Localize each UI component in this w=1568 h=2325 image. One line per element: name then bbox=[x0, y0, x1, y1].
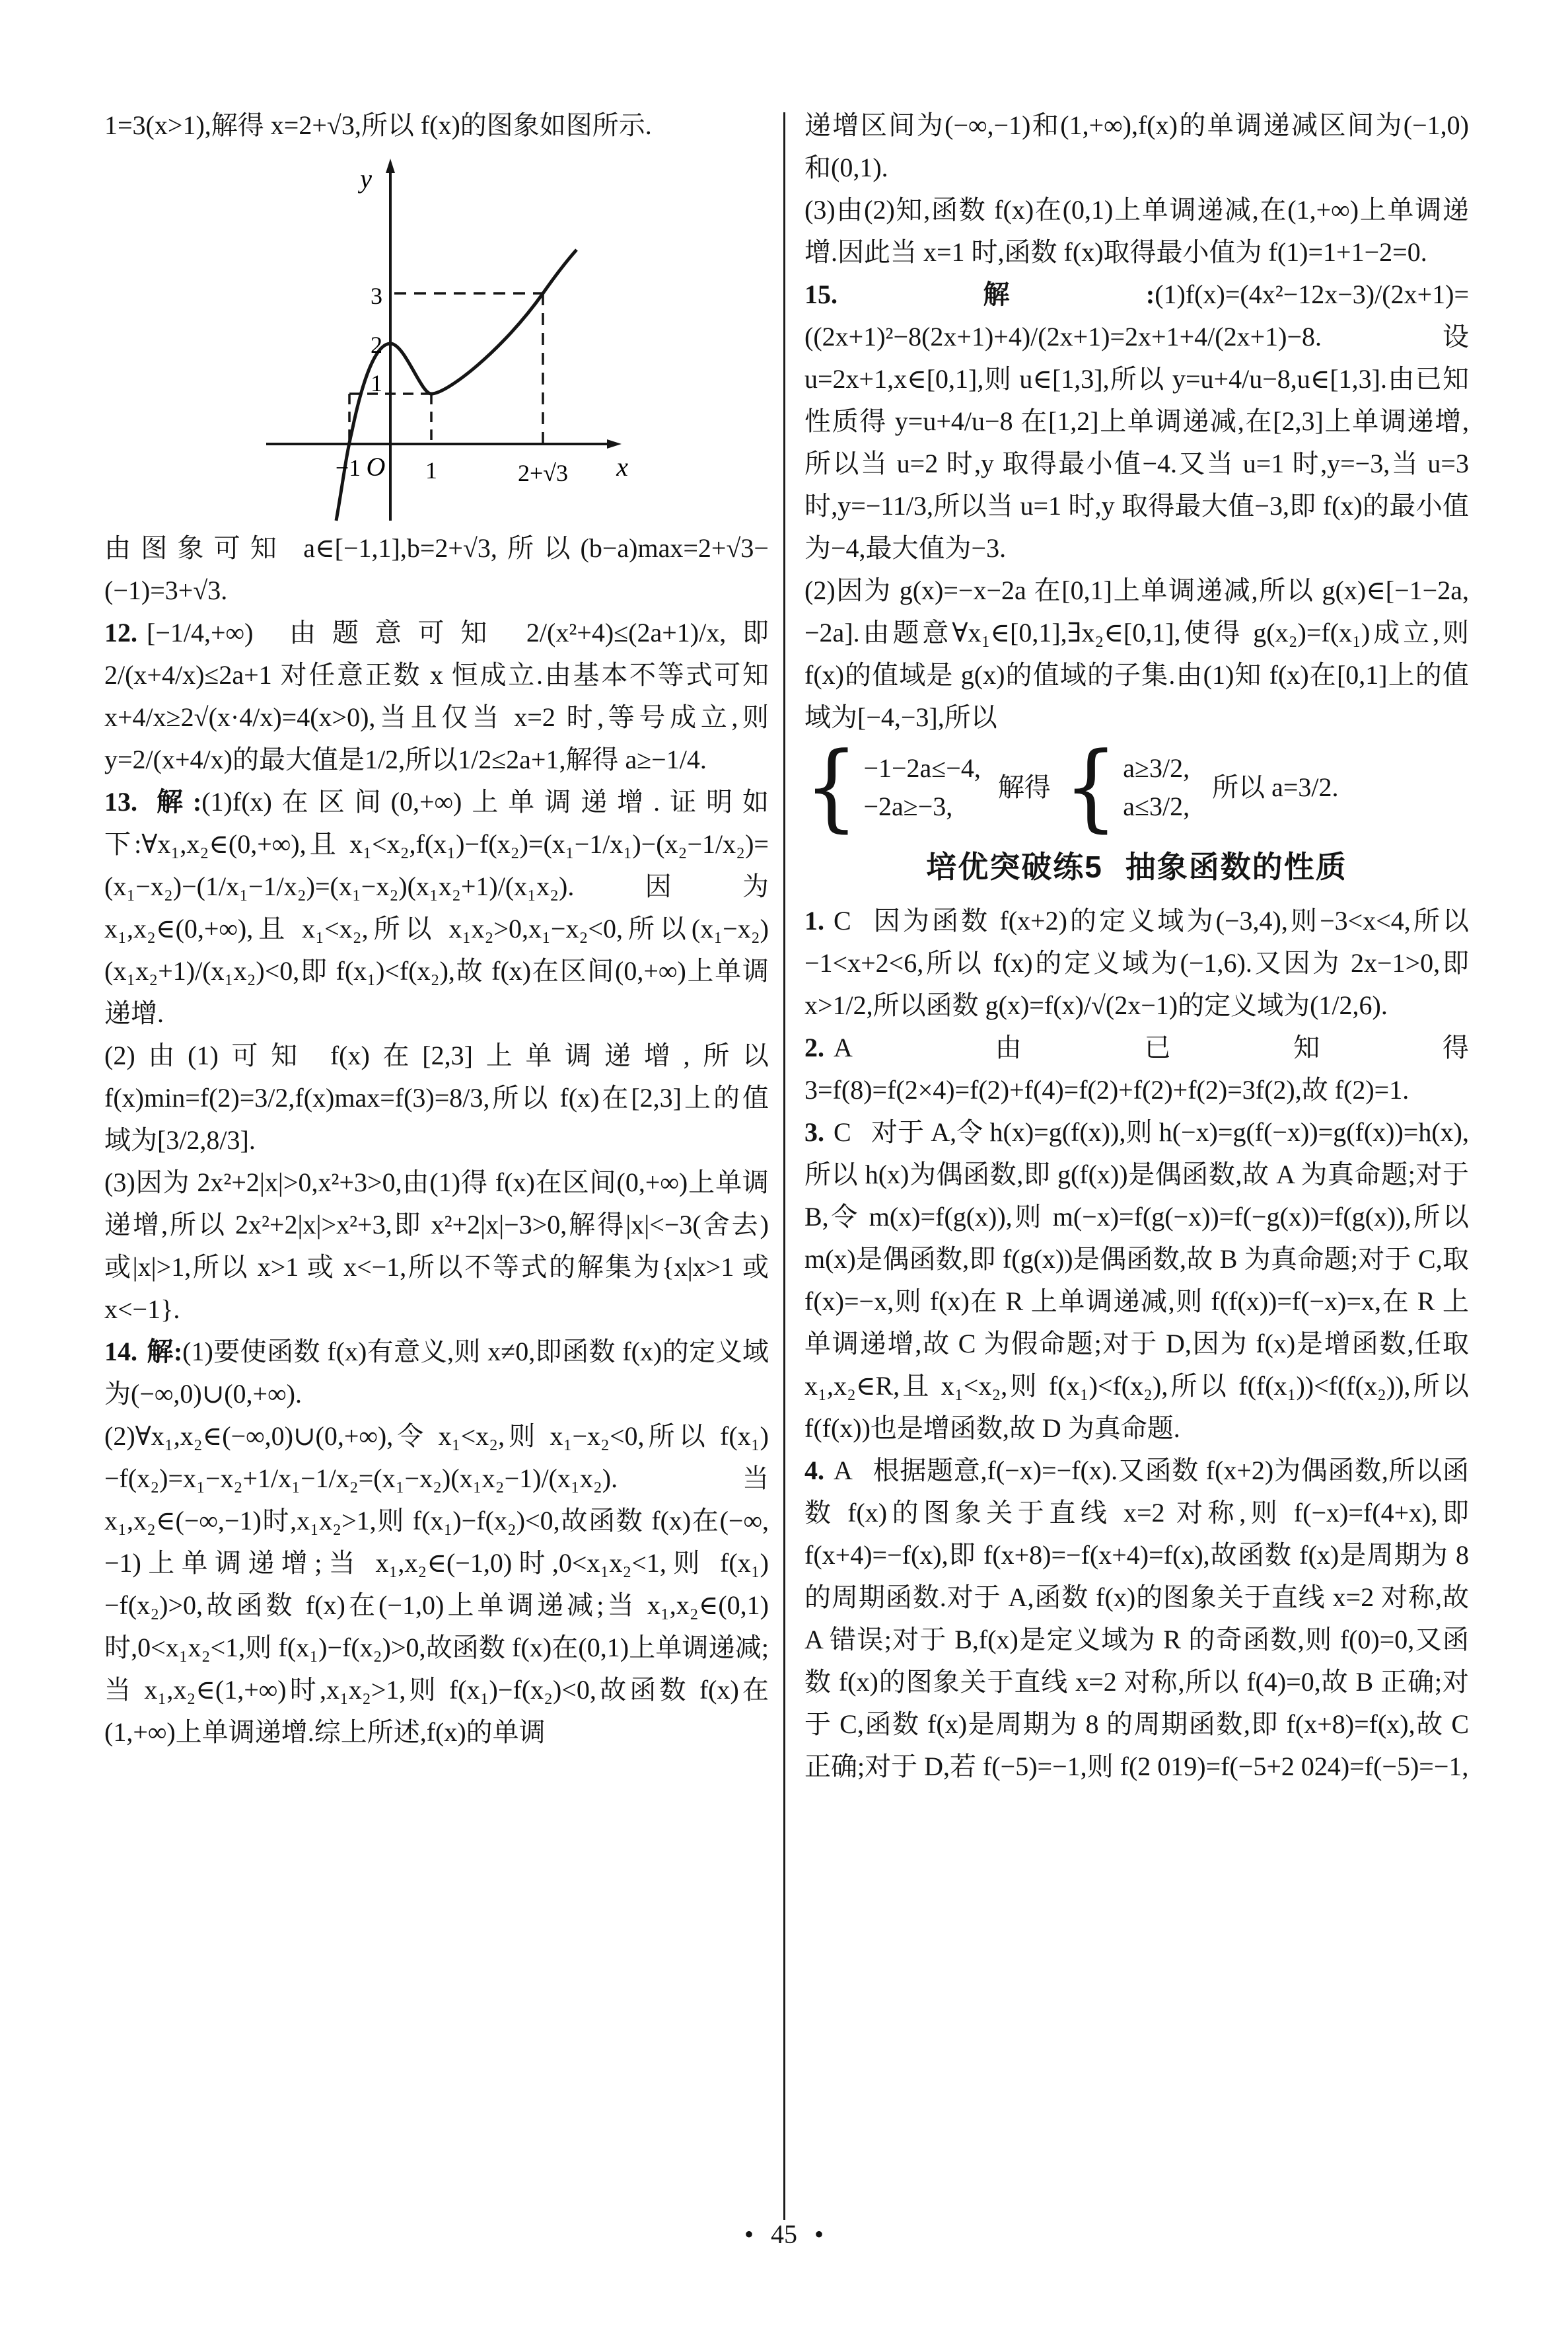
problem-13-part2: (2)由(1)可知 f(x)在[2,3]上单调递增,所以 f(x)min=f(2… bbox=[104, 1035, 769, 1162]
solution-text: 由已知得 3=f(8)=f(2×4)=f(2)+f(4)=f(2)+f(2)+f… bbox=[804, 1033, 1469, 1105]
problem-answer: [−1/4,+∞) bbox=[147, 618, 273, 647]
function-graph: y x 3 2 1 −1 O 1 2+√3 bbox=[225, 153, 648, 523]
problem-14-solution: 14.解:(1)要使函数 f(x)有意义,则 x≠0,即函数 f(x)的定义域为… bbox=[104, 1331, 769, 1415]
question-number: 1. bbox=[804, 906, 834, 936]
question-2-solution: 2.A由已知得 3=f(8)=f(2×4)=f(2)+f(4)=f(2)+f(2… bbox=[804, 1027, 1469, 1111]
system-conditions: −1−2a≤−4, −2a≥−3, bbox=[863, 749, 980, 826]
problem-13-part3: (3)因为 2x²+2|x|>0,x²+3>0,由(1)得 f(x)在区间(0,… bbox=[104, 1162, 769, 1331]
solution-text: (3)因为 2x²+2|x|>0,x²+3>0,由(1)得 f(x)在区间(0,… bbox=[104, 1167, 769, 1324]
solution-text: (1)f(x)=(4x²−12x−3)/(2x+1)=((2x+1)²−8(2x… bbox=[804, 279, 1469, 563]
solution-text: 根据题意,f(−x)=−f(x).又函数 f(x+2)为偶函数,所以函数 f(x… bbox=[804, 1456, 1469, 1781]
inequality-system: { −1−2a≤−4, −2a≥−3, 解得 { a≥3/2, a≤3/2, 所… bbox=[804, 745, 1469, 830]
footer-dot-icon: • bbox=[744, 2219, 754, 2249]
section-heading-tag: 培优突破练5 bbox=[926, 850, 1103, 884]
question-number: 4. bbox=[804, 1456, 834, 1485]
solution-text: 由图象可知 a∈[−1,1],b=2+√3,所以(b−a)max=2+√3−(−… bbox=[104, 533, 769, 605]
y-tick-3: 3 bbox=[371, 283, 382, 309]
y-tick-2: 2 bbox=[371, 332, 382, 358]
solution-text: 递增区间为(−∞,−1)和(1,+∞),f(x)的单调递减区间为(−1,0)和(… bbox=[804, 110, 1469, 182]
y-tick-1: 1 bbox=[371, 370, 382, 396]
problem-15-solution: 15.解:(1)f(x)=(4x²−12x−3)/(2x+1)=((2x+1)²… bbox=[804, 274, 1469, 570]
question-4-solution: 4.A根据题意,f(−x)=−f(x).又函数 f(x+2)为偶函数,所以函数 … bbox=[804, 1450, 1469, 1788]
solution-text: (2)因为 g(x)=−x−2a 在[0,1]上单调递减,所以 g(x)∈[−1… bbox=[804, 575, 1469, 732]
solution-text: (3)由(2)知,函数 f(x)在(0,1)上单调递减,在(1,+∞)上单调递增… bbox=[804, 195, 1469, 267]
x-tick-neg1: −1 bbox=[336, 455, 361, 481]
right-column: 递增区间为(−∞,−1)和(1,+∞),f(x)的单调递减区间为(−1,0)和(… bbox=[804, 104, 1469, 1788]
section-heading: 培优突破练5抽象函数的性质 bbox=[804, 846, 1469, 888]
solution-continuation-line: 1=3(x>1),解得 x=2+√3,所以 f(x)的图象如图所示. bbox=[104, 104, 769, 147]
left-brace-icon: { bbox=[1064, 740, 1118, 834]
problem-13-solution: 13.解:(1)f(x)在区间(0,+∞)上单调递增.证明如下:∀x₁,x₂∈(… bbox=[104, 781, 769, 1035]
problem-number: 14. bbox=[104, 1337, 147, 1366]
problem-number: 13. bbox=[104, 787, 147, 817]
solve-label: 解: bbox=[847, 279, 1155, 309]
problem-12-solution: 12.[−1/4,+∞)由题意可知 2/(x²+4)≤(2a+1)/x,即 2/… bbox=[104, 612, 769, 781]
answer-letter: A bbox=[834, 1456, 873, 1485]
answer-book-page: 1=3(x>1),解得 x=2+√3,所以 f(x)的图象如图所示. y bbox=[0, 0, 1568, 2325]
solve-label: 解: bbox=[147, 787, 201, 817]
page-footer: •45• bbox=[0, 2219, 1568, 2250]
system-result: a≥3/2, bbox=[1123, 749, 1190, 788]
footer-dot-icon: • bbox=[814, 2219, 824, 2249]
question-number: 3. bbox=[804, 1117, 834, 1147]
system-results: a≥3/2, a≤3/2, bbox=[1123, 749, 1190, 826]
system-condition: −2a≥−3, bbox=[863, 788, 980, 826]
solution-text: (1)f(x)在区间(0,+∞)上单调递增.证明如下:∀x₁,x₂∈(0,+∞)… bbox=[104, 787, 769, 1028]
solve-label: 解: bbox=[147, 1337, 182, 1366]
answer-letter: A bbox=[834, 1033, 873, 1062]
system-conclusion: 所以 a=3/2. bbox=[1212, 766, 1338, 809]
question-number: 2. bbox=[804, 1033, 834, 1062]
problem-number: 12. bbox=[104, 618, 147, 647]
solution-text: (2)由(1)可知 f(x)在[2,3]上单调递增,所以 f(x)min=f(2… bbox=[104, 1041, 769, 1155]
column-divider bbox=[783, 112, 785, 2220]
x-tick-2sqrt3: 2+√3 bbox=[518, 460, 568, 486]
system-result: a≤3/2, bbox=[1123, 788, 1190, 826]
solution-text: 因为函数 f(x+2)的定义域为(−3,4),则−3<x<4,所以−1<x+2<… bbox=[804, 906, 1469, 1020]
section-heading-title: 抽象函数的性质 bbox=[1125, 850, 1347, 884]
system-condition: −1−2a≤−4, bbox=[863, 749, 980, 788]
solution-paragraph: 由图象可知 a∈[−1,1],b=2+√3,所以(b−a)max=2+√3−(−… bbox=[104, 527, 769, 612]
x-tick-1: 1 bbox=[425, 457, 437, 484]
problem-15-part2: (2)因为 g(x)=−x−2a 在[0,1]上单调递减,所以 g(x)∈[−1… bbox=[804, 570, 1469, 739]
left-column: 1=3(x>1),解得 x=2+√3,所以 f(x)的图象如图所示. y bbox=[104, 104, 769, 1753]
x-axis-arrow-icon bbox=[607, 439, 622, 449]
question-1-solution: 1.C因为函数 f(x+2)的定义域为(−3,4),则−3<x<4,所以−1<x… bbox=[804, 900, 1469, 1027]
solution-text: (1)要使函数 f(x)有意义,则 x≠0,即函数 f(x)的定义域为(−∞,0… bbox=[104, 1337, 769, 1409]
solution-text: 对于 A,令 h(x)=g(f(x)),则 h(−x)=g(f(−x))=g(f… bbox=[804, 1117, 1469, 1443]
answer-letter: C bbox=[834, 1117, 871, 1147]
solution-text: 1=3(x>1),解得 x=2+√3,所以 f(x)的图象如图所示. bbox=[104, 110, 652, 140]
solve-connector: 解得 bbox=[998, 766, 1051, 809]
origin-label: O bbox=[367, 452, 386, 482]
y-axis-arrow-icon bbox=[386, 159, 395, 173]
question-3-solution: 3.C对于 A,令 h(x)=g(f(x)),则 h(−x)=g(f(−x))=… bbox=[804, 1111, 1469, 1450]
x-axis-label: x bbox=[616, 452, 628, 482]
left-brace-icon: { bbox=[804, 740, 858, 834]
problem-14-part2: (2)∀x₁,x₂∈(−∞,0)∪(0,+∞),令 x₁<x₂,则 x₁−x₂<… bbox=[104, 1415, 769, 1753]
solution-text: (2)∀x₁,x₂∈(−∞,0)∪(0,+∞),令 x₁<x₂,则 x₁−x₂<… bbox=[104, 1421, 769, 1747]
solution-continuation-line: 递增区间为(−∞,−1)和(1,+∞),f(x)的单调递减区间为(−1,0)和(… bbox=[804, 104, 1469, 189]
function-graph-figure: y x 3 2 1 −1 O 1 2+√3 bbox=[225, 153, 648, 523]
page-number: 45 bbox=[771, 2219, 797, 2249]
problem-14-part3: (3)由(2)知,函数 f(x)在(0,1)上单调递减,在(1,+∞)上单调递增… bbox=[804, 189, 1469, 274]
y-axis-label: y bbox=[357, 164, 372, 194]
problem-number: 15. bbox=[804, 279, 847, 309]
answer-letter: C bbox=[834, 906, 871, 936]
